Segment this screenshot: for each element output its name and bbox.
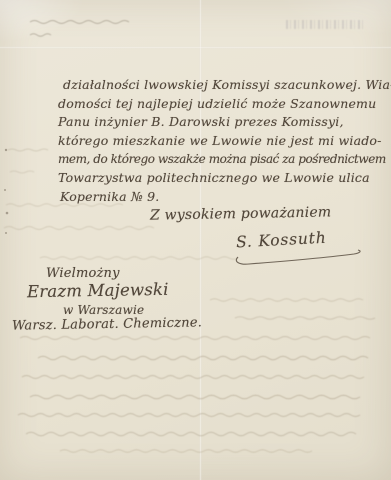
closing-salutation: Z wysokiem poważaniem (150, 204, 332, 223)
vertical-fold-crease (199, 0, 202, 480)
ink-specks (4, 149, 8, 234)
letter-line: Towarzystwa politechnicznego we Lwowie u… (58, 169, 391, 188)
letter-line: mem, do którego wszakże można pisać za p… (58, 150, 391, 169)
address-organization: Warsz. Laborat. Chemiczne. (12, 315, 202, 333)
signature-flourish (236, 250, 360, 264)
letter-page: działalności lwowskiej Komissyi szacunko… (0, 0, 391, 480)
address-city: w Warszawie (63, 303, 144, 317)
letter-line: działalności lwowskiej Komissyi szacunko… (63, 76, 391, 95)
horizontal-fold-crease (0, 46, 391, 49)
signature: S. Kossuth (236, 229, 327, 252)
address-recipient-name: Erazm Majewski (27, 280, 169, 301)
faint-stamp (286, 20, 366, 29)
letter-line: Kopernika № 9. (60, 188, 391, 207)
letter-body: działalności lwowskiej Komissyi szacunko… (58, 76, 391, 206)
letter-line: którego mieszkanie we Lwowie nie jest mi… (58, 132, 391, 151)
letter-line: domości tej najlepiej udzielić może Szan… (58, 95, 391, 114)
address-salutation: Wielmożny (46, 266, 120, 281)
letter-line: Panu inżynier B. Darowski prezes Komissy… (58, 113, 391, 132)
bleedthrough-ghost-writing (0, 0, 391, 480)
